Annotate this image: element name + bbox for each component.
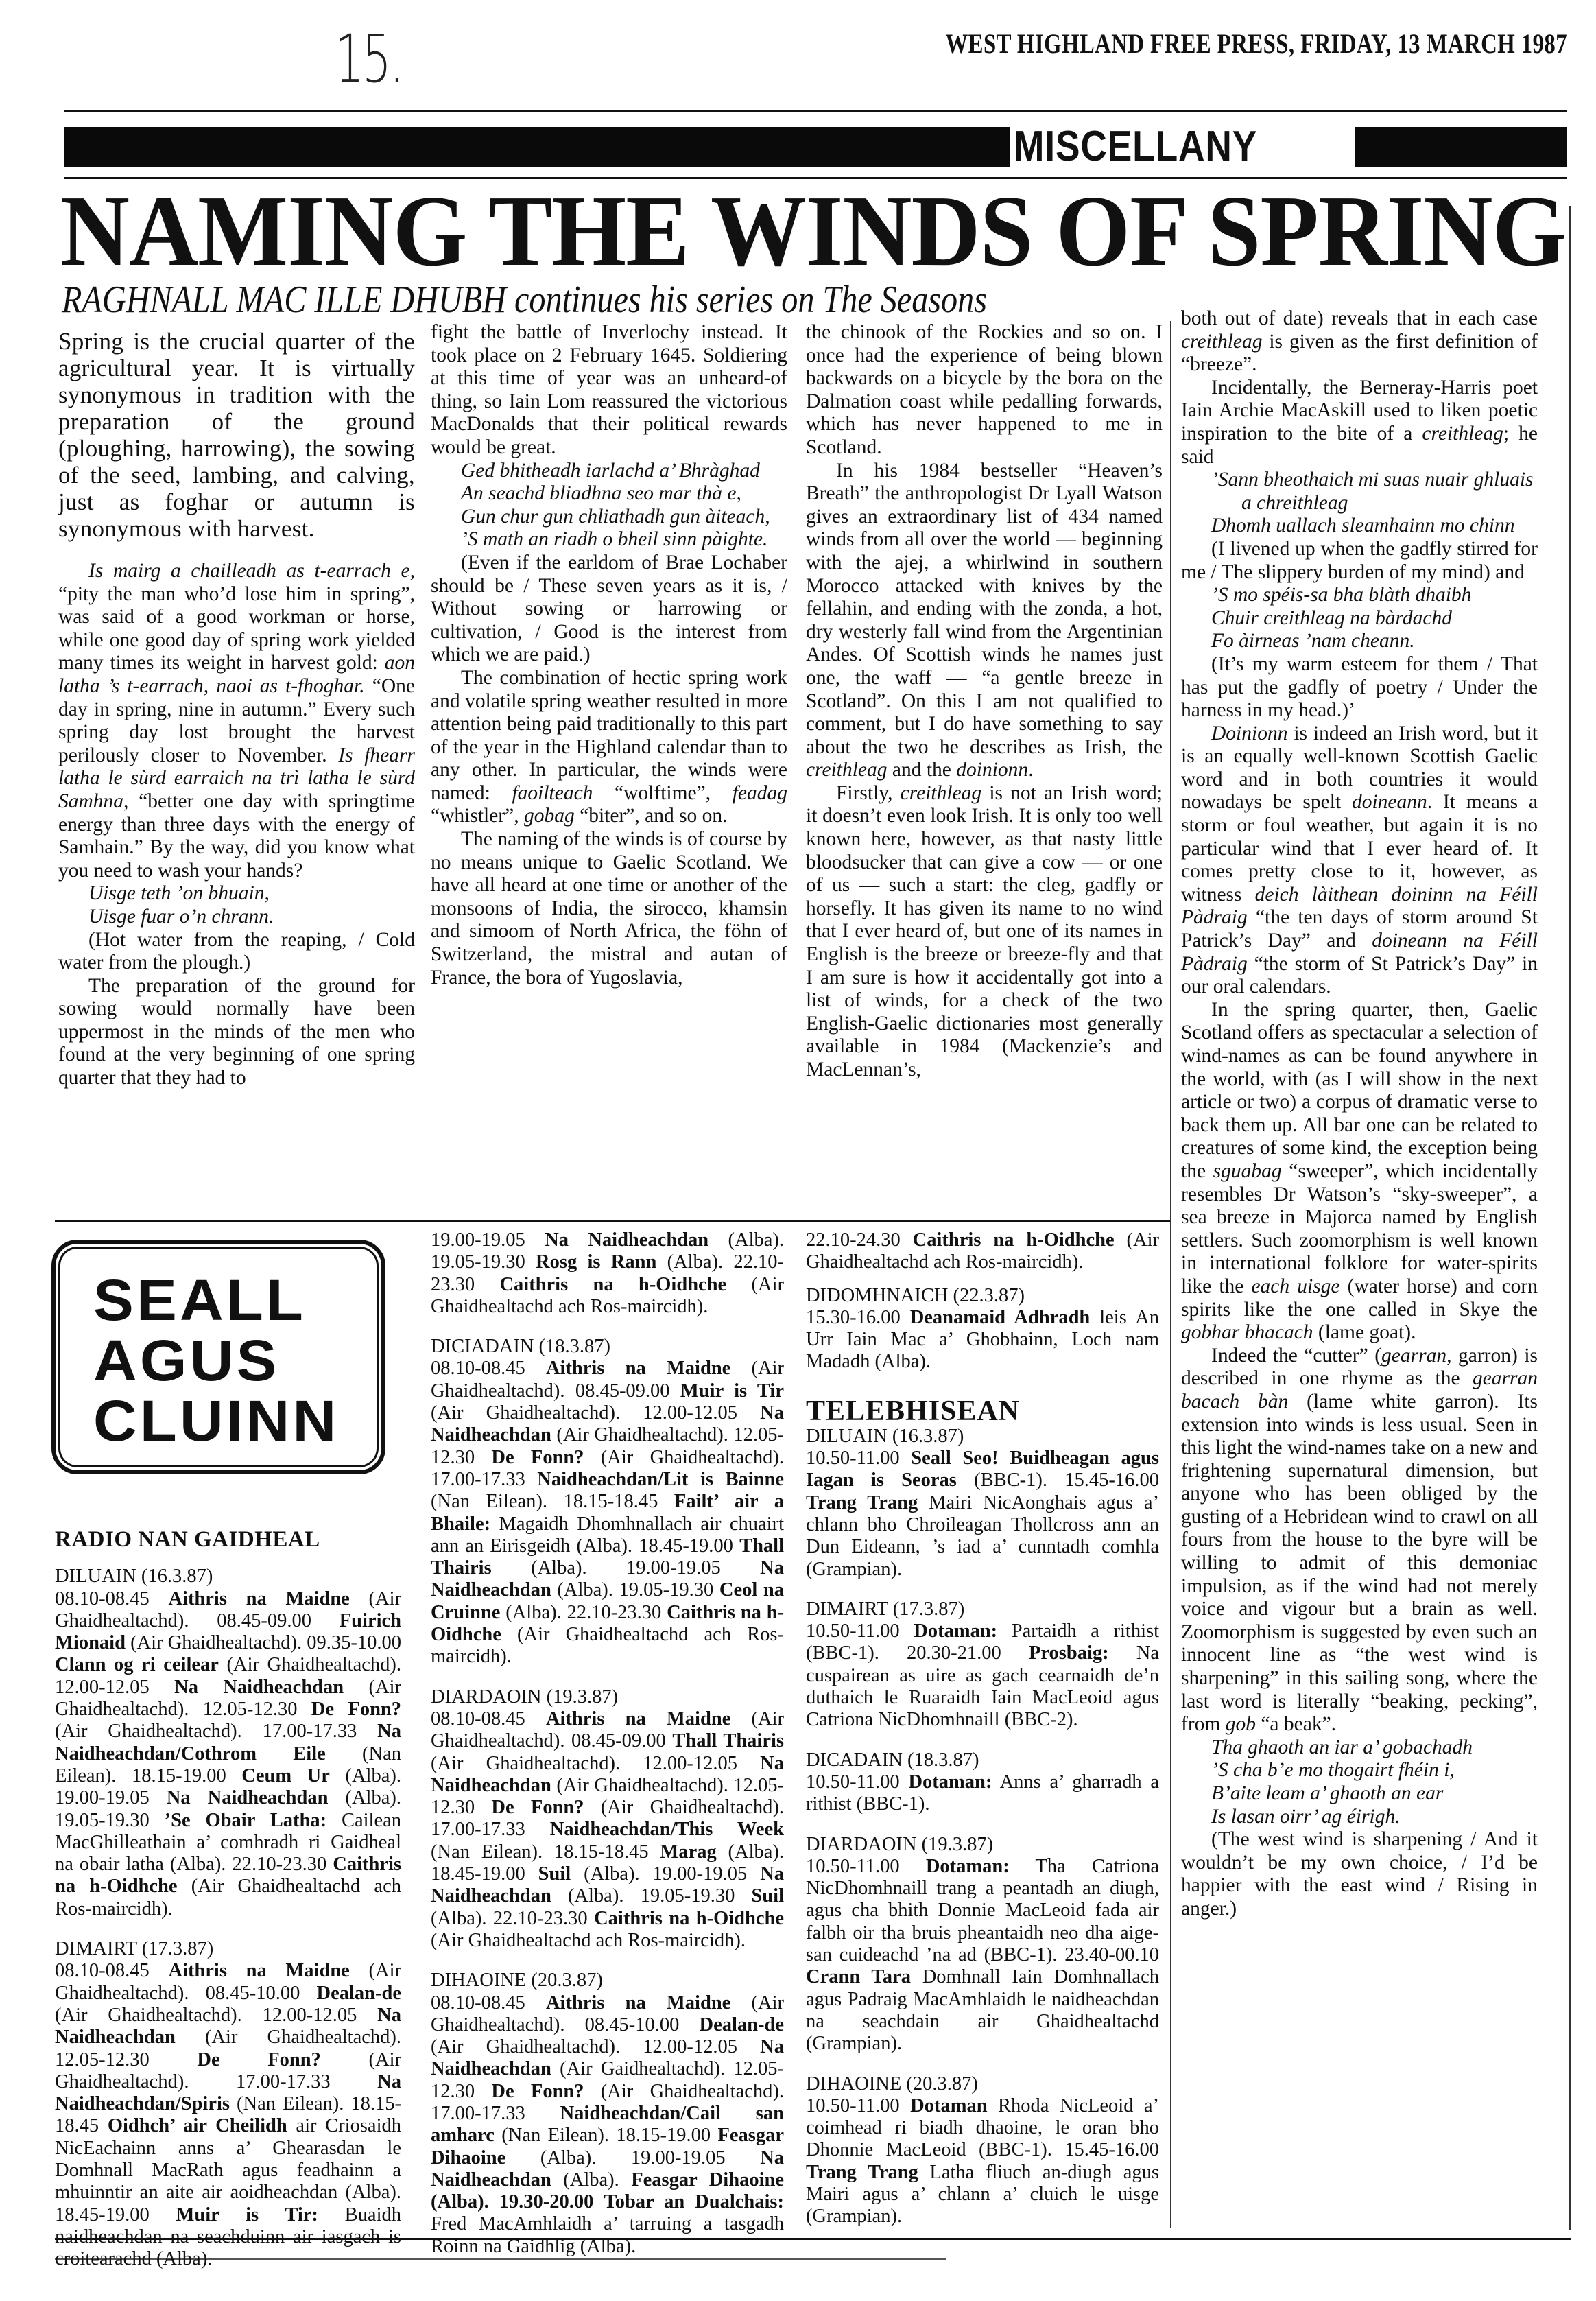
tv-day: DIMAIRT (17.3.87) 10.50-11.00 Dotaman: P… — [806, 1598, 1159, 1732]
standfirst: RAGHNALL MAC ILLE DHUBH continues his se… — [62, 278, 987, 322]
verse: Tha ghaoth an iar a’ gobachadh’S cha b’e… — [1181, 1736, 1538, 1828]
article-column-4: both out of date) reveals that in each c… — [1181, 307, 1538, 1921]
column-rule — [1170, 321, 1171, 2228]
paragraph: The naming of the winds is of course by … — [431, 828, 787, 989]
section-label: MISCELLANY — [1014, 122, 1257, 171]
section-bar-left — [64, 127, 1010, 167]
paragraph: The preparation of the ground for sowing… — [58, 975, 415, 1090]
tv-heading: TELEBHISEAN — [806, 1397, 1159, 1426]
translation: (Hot water from the reaping, / Cold wate… — [58, 929, 415, 975]
radio-day-continued: 19.00-19.05 Na Naidheachdan (Alba). 19.0… — [431, 1229, 784, 1318]
radio-day-continued: 22.10-24.30 Caithris na h-Oidhche (Air G… — [806, 1229, 1159, 1274]
seall-agus-cluinn-logo: SEALL AGUS CLUINN — [51, 1240, 385, 1474]
standfirst-text: continues his series on The Seasons — [506, 279, 987, 321]
listings-column-rule — [412, 1228, 412, 2230]
paragraph: In his 1984 bestseller “Heaven’s Breath”… — [806, 460, 1163, 782]
translation: (Even if the earldom of Brae Lochaber sh… — [431, 552, 787, 667]
verse: Uisge teth ’on bhuain,Uisge fuar o’n chr… — [58, 882, 415, 928]
paragraph: Indeed the “cutter” (gearran, garron) is… — [1181, 1345, 1538, 1736]
paragraph: Is mairg a chailleadh as t-earrach e, “p… — [58, 560, 415, 882]
radio-heading: RADIO NAN GAIDHEAL — [55, 1529, 401, 1550]
tv-listings-column: 22.10-24.30 Caithris na h-Oidhche (Air G… — [806, 1229, 1159, 2246]
article-column-2: fight the battle of Inverlochy instead. … — [431, 321, 787, 989]
lead-paragraph: Spring is the crucial quarter of the agr… — [58, 328, 415, 542]
section-bar-right — [1355, 127, 1567, 167]
radio-day: DIARDAOIN (19.3.87) 08.10-08.45 Aithris … — [431, 1686, 784, 1952]
verse: ’Sann bheothaich mi suas nuair ghluais a… — [1181, 469, 1538, 538]
logo-text: SEALL AGUS CLUINN — [93, 1270, 339, 1451]
translation: (It’s my warm esteem for them / That has… — [1181, 653, 1538, 722]
verse: Ged bhitheadh iarlachd a’ BhràghadAn sea… — [431, 460, 787, 552]
paragraph: Incidentally, the Berneray-Harris poet I… — [1181, 377, 1538, 469]
translation: (The west wind is sharpening / And it wo… — [1181, 1828, 1538, 1920]
page-edge-rule — [1569, 206, 1571, 2230]
paragraph: the chinook of the Rockies and so on. I … — [806, 321, 1163, 460]
handwritten-page-number: 15. — [335, 21, 402, 97]
masthead: WEST HIGHLAND FREE PRESS, FRIDAY, 13 MAR… — [907, 27, 1568, 60]
tv-day: DILUAIN (16.3.87) 10.50-11.00 Seall Seo!… — [806, 1426, 1159, 1581]
radio-day: DILUAIN (16.3.87) 08.10-08.45 Aithris na… — [55, 1566, 401, 1920]
paragraph: both out of date) reveals that in each c… — [1181, 307, 1538, 377]
paragraph: In the spring quarter, then, Gaelic Scot… — [1181, 999, 1538, 1345]
tv-day: DICADAIN (18.3.87) 10.50-11.00 Dotaman: … — [806, 1749, 1159, 1816]
radio-listings-column-1: RADIO NAN GAIDHEAL DILUAIN (16.3.87) 08.… — [55, 1529, 401, 2289]
radio-listings-column-2: 19.00-19.05 Na Naidheachdan (Alba). 19.0… — [431, 1229, 784, 2276]
radio-day: DICIADAIN (18.3.87) 08.10-08.45 Aithris … — [431, 1336, 784, 1668]
paragraph: The combination of hectic spring work an… — [431, 667, 787, 828]
paragraph: fight the battle of Inverlochy instead. … — [431, 321, 787, 460]
tv-day: DIARDAOIN (19.3.87) 10.50-11.00 Dotaman:… — [806, 1834, 1159, 2055]
tv-day: DIHAOINE (20.3.87) 10.50-11.00 Dotaman R… — [806, 2073, 1159, 2228]
verse: ’S mo spéis-sa bha blàth dhaibhChuir cre… — [1181, 584, 1538, 653]
radio-day: DIDOMHNAICH (22.3.87) 15.30-16.00 Deanam… — [806, 1285, 1159, 1373]
paragraph: Doinionn is indeed an Irish word, but it… — [1181, 722, 1538, 999]
article-column-3: the chinook of the Rockies and so on. I … — [806, 321, 1163, 1082]
article-column-1: Spring is the crucial quarter of the agr… — [58, 328, 415, 1090]
masthead-rule — [64, 110, 1567, 112]
translation: (I livened up when the gadfly stirred fo… — [1181, 538, 1538, 584]
radio-day: DIHAOINE (20.3.87) 08.10-08.45 Aithris n… — [431, 1970, 784, 2258]
listings-top-rule — [55, 1220, 1170, 1222]
headline: NAMING THE WINDS OF SPRING — [60, 180, 1486, 283]
radio-day: DIMAIRT (17.3.87) 08.10-08.45 Aithris na… — [55, 1938, 401, 2270]
paragraph: Firstly, creithleag is not an Irish word… — [806, 782, 1163, 1082]
listings-column-rule — [796, 1228, 796, 2230]
byline: RAGHNALL MAC ILLE DHUBH — [62, 279, 506, 321]
